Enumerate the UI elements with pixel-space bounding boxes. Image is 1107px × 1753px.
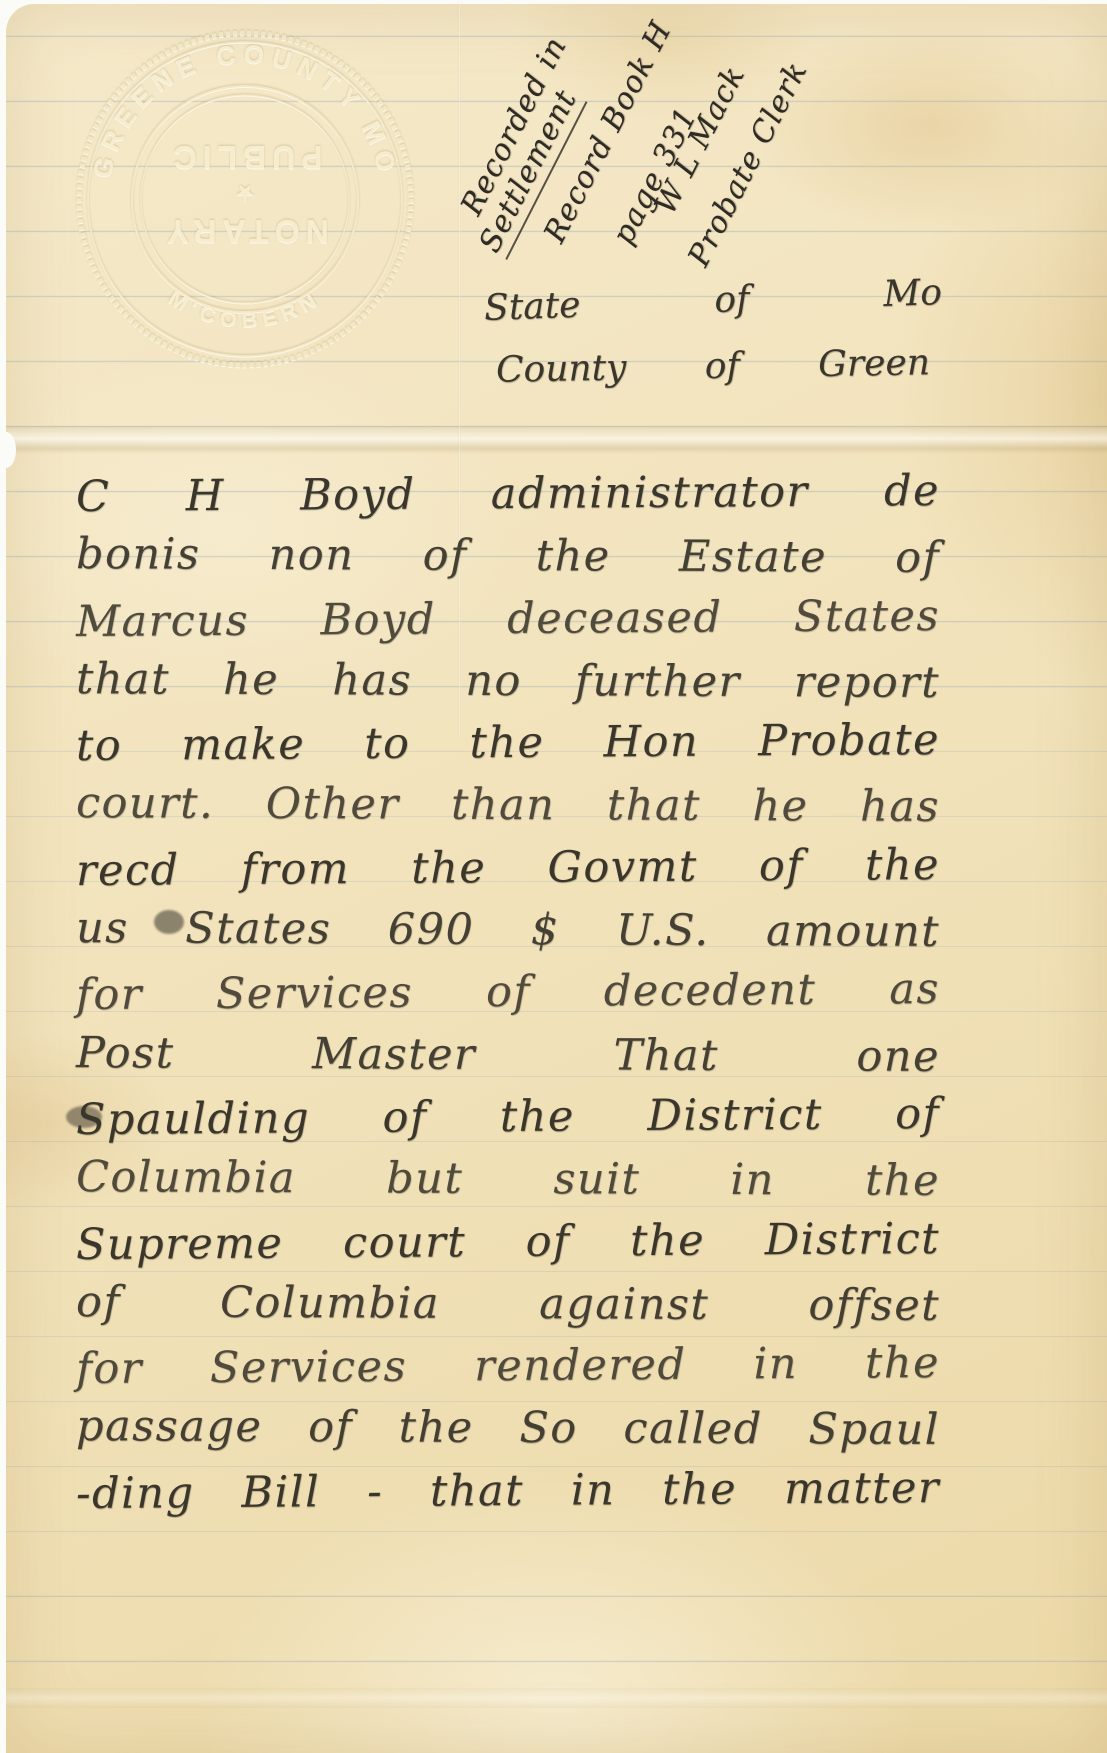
fold-crease	[6, 426, 1107, 454]
scanner-background: { "document": { "kind": "handwritten pro…	[0, 0, 1107, 1753]
seal-center-notary-text: NOTARY	[161, 213, 329, 249]
seal-star-icon: ★	[236, 181, 254, 203]
notary-embossed-seal: GREENE COUNTY MO M'COBERN NOTARY ★ PUBLI…	[56, 10, 434, 388]
handwriting-line: Supreme court of the District	[76, 1211, 940, 1279]
handwriting-line: Spaulding of the District of	[76, 1086, 940, 1154]
seal-center-public-text: PUBLIC	[167, 139, 322, 175]
handwriting-line: bonis non of the Estate of	[76, 526, 940, 592]
handwriting-line: Post Master That one	[76, 1025, 940, 1091]
fold-crease	[6, 1688, 1107, 1708]
handwritten-body: C H Boyd administrator de bonis non of t…	[76, 466, 940, 1525]
handwriting-line: for Services rendered in the	[76, 1335, 940, 1403]
handwriting-line: court. Other than that he has	[76, 776, 940, 842]
handwriting-line: for Services of decedent as	[76, 961, 940, 1029]
handwriting-line: that he has no further report	[76, 651, 940, 717]
handwriting-line: recd from the Govmt of the	[76, 837, 940, 905]
handwriting-line: -ding Bill - that in the matter	[76, 1460, 940, 1528]
handwriting-line: Marcus Boyd deceased States	[76, 588, 940, 656]
handwriting-line: Columbia but suit in the	[76, 1149, 940, 1215]
handwriting-line: C H Boyd administrator de	[76, 463, 940, 531]
handwriting-line: to make to the Hon Probate	[76, 712, 940, 780]
document-page: GREENE COUNTY MO M'COBERN NOTARY ★ PUBLI…	[6, 4, 1107, 1753]
county-heading: County of Green	[496, 342, 931, 391]
seal-arc-bottom-text: M'COBERN	[164, 284, 325, 332]
handwriting-line: of Columbia against offset	[76, 1274, 940, 1340]
seal-center-inverted-group: NOTARY ★ PUBLIC	[161, 139, 329, 249]
handwriting-line: us States 690 $ U.S. amount	[76, 900, 940, 966]
handwriting-line: passage of the So called Spaul	[76, 1399, 940, 1465]
